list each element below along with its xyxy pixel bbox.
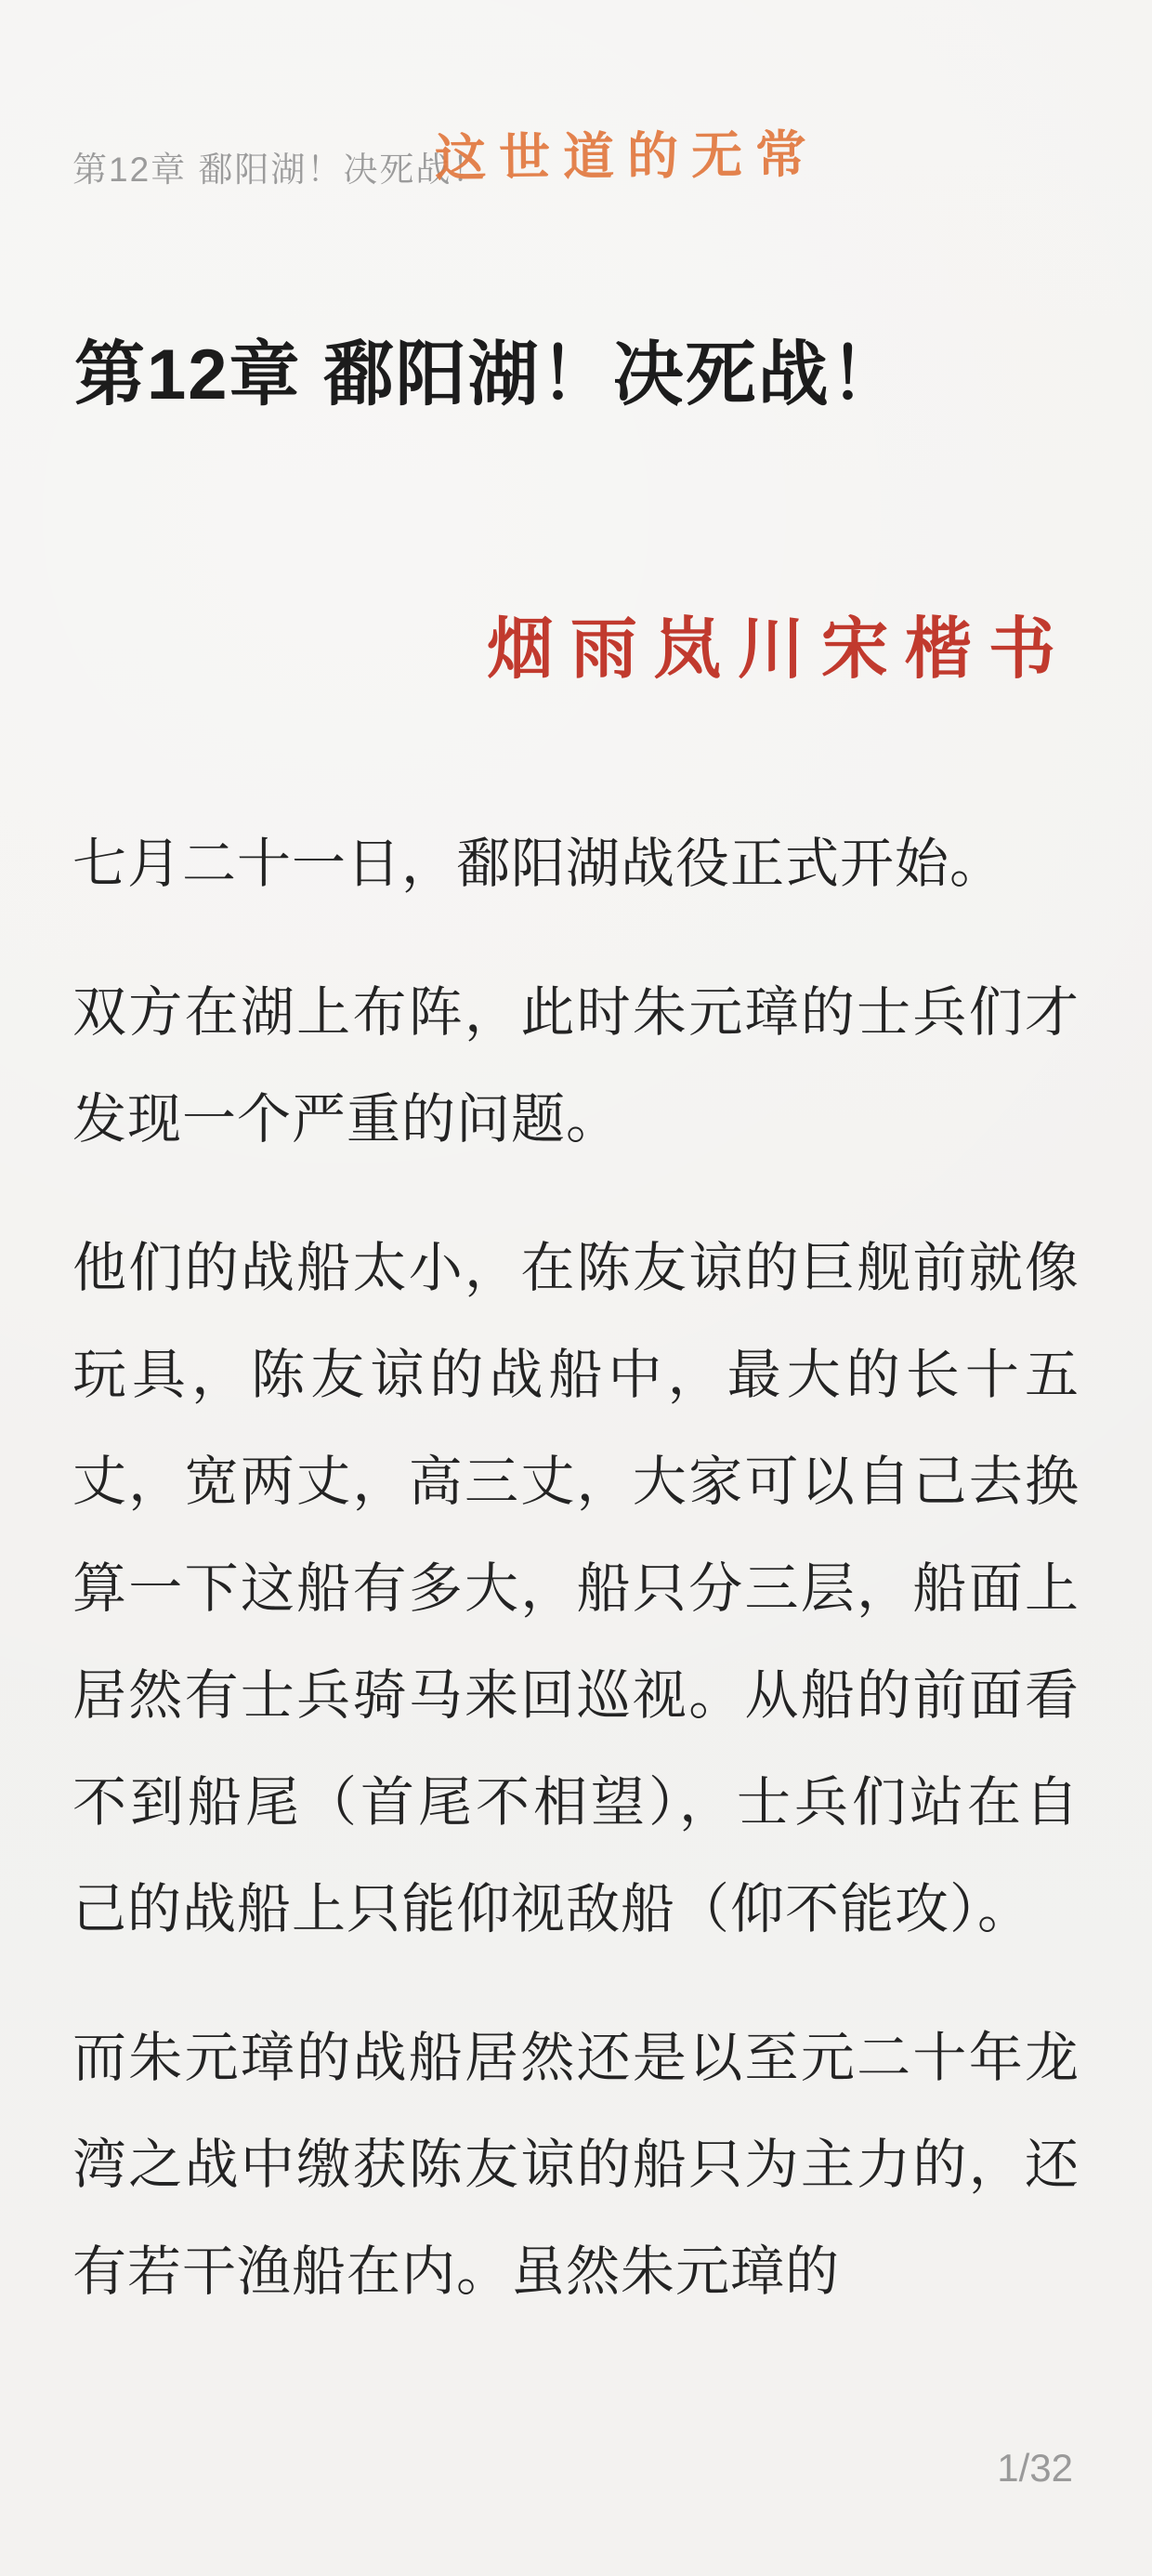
paragraph: 他们的战船太小，在陈友谅的巨舰前就像玩具，陈友谅的战船中，最大的长十五丈，宽两丈… (72, 1215, 1080, 1963)
page-indicator: 1/32 (997, 2446, 1073, 2491)
header-chapter-label: 第12章 鄱阳湖！决死战！ (72, 141, 488, 191)
font-name-watermark: 烟雨岚川宋楷书 (487, 595, 1072, 691)
paragraph: 七月二十一日，鄱阳湖战役正式开始。 (72, 810, 1080, 917)
overlay-handwritten-note: 这世道的无常 (435, 113, 820, 191)
reader-page[interactable]: 第12章 鄱阳湖！决死战！ 这世道的无常 第12章 鄱阳湖！决死战！ 烟雨岚川宋… (0, 0, 1152, 2576)
chapter-title: 第12章 鄱阳湖！决死战！ (74, 318, 903, 419)
paragraph: 而朱元璋的战船居然还是以至元二十年龙湾之战中缴获陈友谅的船只为主力的，还有若干渔… (72, 2004, 1080, 2325)
chapter-body: 七月二十一日，鄱阳湖战役正式开始。 双方在湖上布阵，此时朱元璋的士兵们才发现一个… (72, 810, 1080, 2367)
paragraph: 双方在湖上布阵，此时朱元璋的士兵们才发现一个严重的问题。 (72, 959, 1080, 1173)
